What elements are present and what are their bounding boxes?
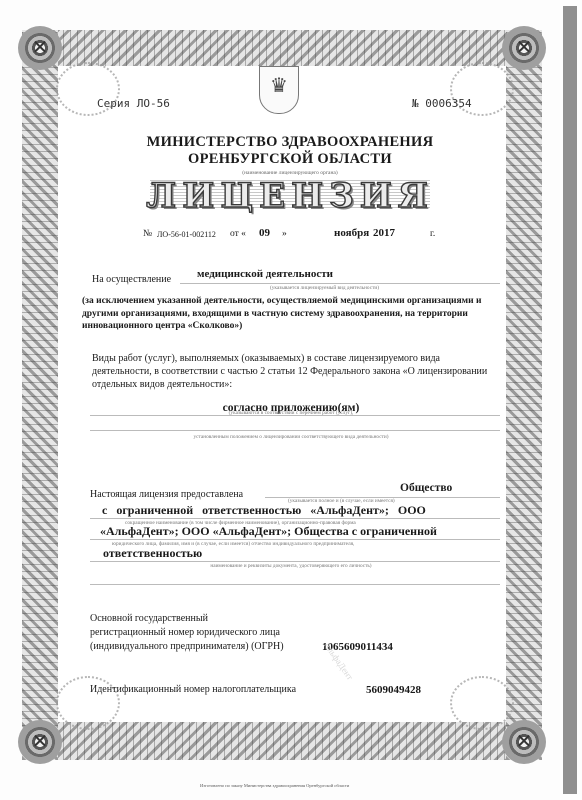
licensee-label: Настоящая лицензия предоставлена <box>90 488 243 501</box>
works-rule-2 <box>90 430 500 431</box>
licensee-line-4: ответственностью <box>103 547 202 560</box>
corner-rosette-icon <box>18 720 62 764</box>
activity-label: На осуществление <box>92 273 171 286</box>
activity-value: медицинской деятельности <box>197 268 333 281</box>
corner-rosette-icon <box>502 26 546 70</box>
license-month: ноября <box>334 227 369 239</box>
licensee-line-2: с ограниченной ответственностью «АльфаДе… <box>102 504 426 517</box>
works-caption-1: (указываются в соответствии с перечнем р… <box>0 410 582 416</box>
corner-rosette-icon <box>502 720 546 764</box>
authority-line-1: МИНИСТЕРСТВО ЗДРАВООХРАНЕНИЯ <box>80 134 500 151</box>
licensee-caption-4: наименование и реквизиты документа, удос… <box>0 563 582 569</box>
licensee-rule-2 <box>90 518 500 519</box>
license-day: 09 <box>259 227 270 239</box>
inn-label: Идентификационный номер налогоплательщик… <box>90 683 296 696</box>
licensee-rule-4 <box>90 561 500 562</box>
license-year-suffix: г. <box>430 229 435 239</box>
footer-note: Изготовлено по заказу Министерства здрав… <box>200 783 349 788</box>
license-document: ♛ Серия ЛО-56 № 0006354 МИНИСТЕРСТВО ЗДР… <box>0 0 582 800</box>
ornamental-border-left <box>22 30 58 760</box>
document-title: ЛИЦЕНЗИЯ <box>140 176 440 216</box>
works-caption-2: установленным положением о лицензировани… <box>0 434 582 440</box>
scan-edge-shadow <box>563 6 577 794</box>
series-label: Серия ЛО-56 <box>97 97 170 110</box>
corner-rosette-icon <box>18 26 62 70</box>
ornamental-border-right <box>506 30 542 760</box>
inn-value: 5609049428 <box>366 684 421 697</box>
issuing-authority: МИНИСТЕРСТВО ЗДРАВООХРАНЕНИЯ ОРЕНБУРГСКО… <box>80 134 500 168</box>
ornamental-border-top <box>22 30 542 66</box>
form-number: № 0006354 <box>412 97 472 110</box>
license-year: 2017 <box>373 227 395 239</box>
licensee-line-3: «АльфаДент»; ООО «АльфаДент»; Общества с… <box>100 525 437 538</box>
authority-line-2: ОРЕНБУРГСКОЙ ОБЛАСТИ <box>80 151 500 168</box>
ogrn-label-line-3: (индивидуального предпринимателя) (ОГРН) <box>90 640 284 653</box>
license-quote-close: » <box>282 229 287 239</box>
works-intro: Виды работ (услуг), выполняемых (оказыва… <box>92 352 502 391</box>
activity-caption: (указывается лицензируемый вид деятельно… <box>270 285 379 291</box>
license-number: ЛО-56-01-002112 <box>157 230 216 239</box>
activity-rule <box>180 283 500 284</box>
activity-exclusion: (за исключением указанной деятельности, … <box>82 295 502 333</box>
coat-of-arms-icon: ♛ <box>259 66 299 114</box>
licensee-line-1: Общество <box>400 482 452 495</box>
ogrn-label-line-2: регистрационный номер юридического лица <box>90 626 280 639</box>
flourish-ornament-icon <box>450 676 514 730</box>
licensee-rule-3 <box>90 539 500 540</box>
license-date-from-label: от « <box>230 229 246 239</box>
licensee-rule-5 <box>90 584 500 585</box>
license-number-label: № <box>143 229 152 239</box>
ogrn-label-line-1: Основной государственный <box>90 612 208 625</box>
